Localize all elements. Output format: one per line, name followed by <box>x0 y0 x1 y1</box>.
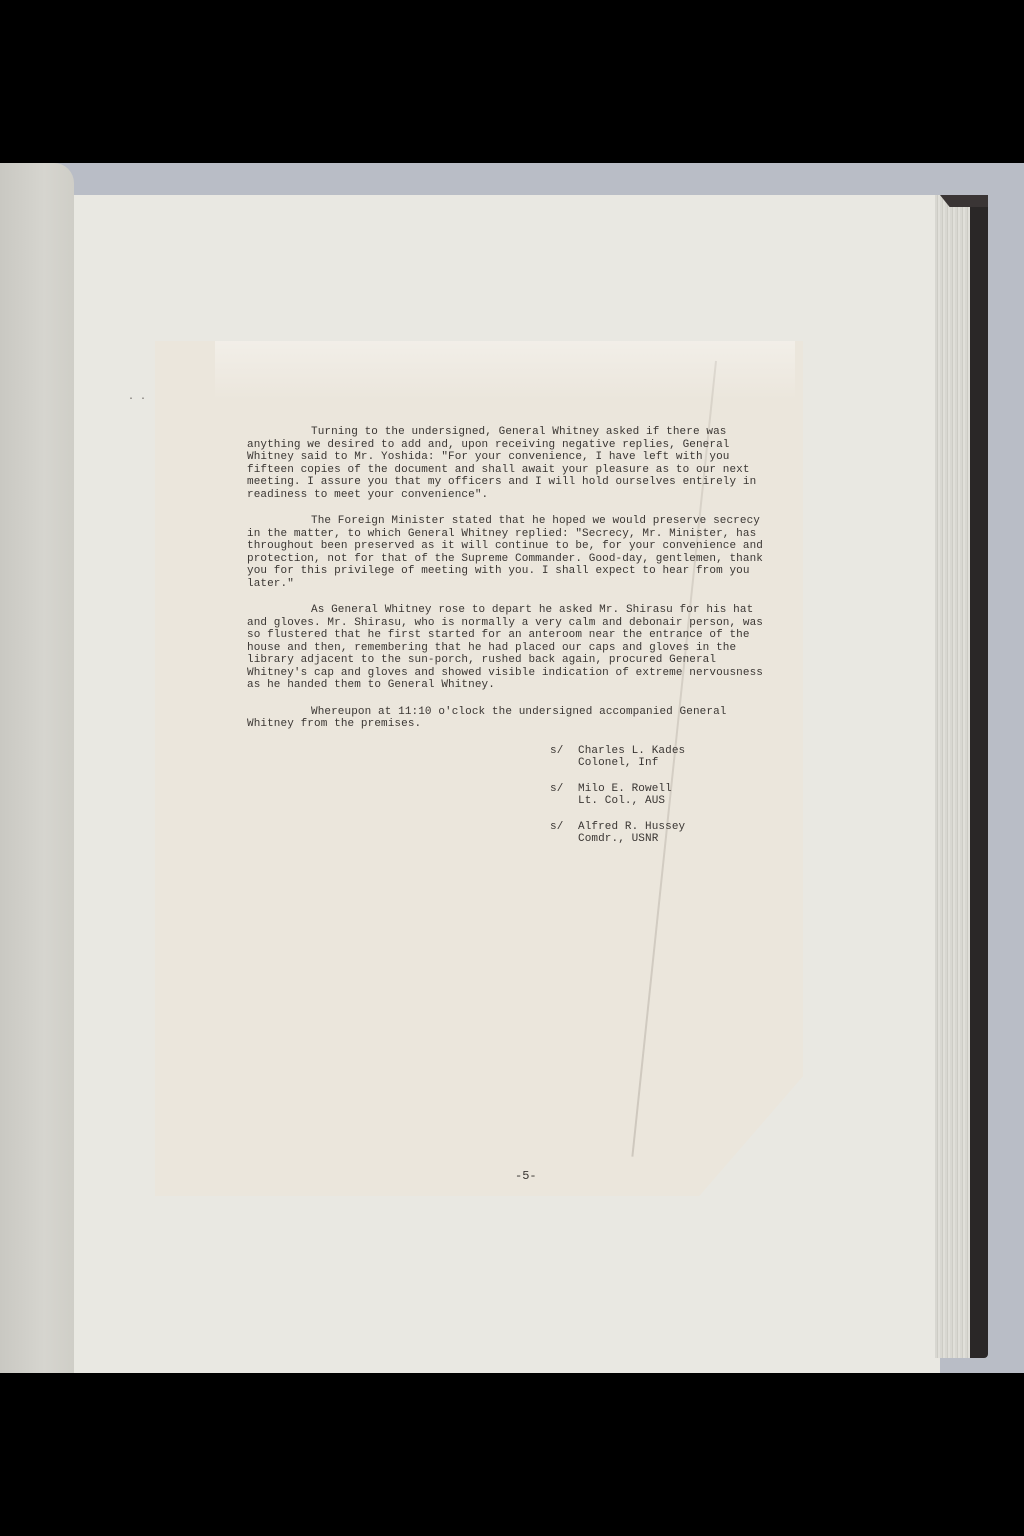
paragraph-4: Whereupon at 11:10 o'clock the undersign… <box>247 706 777 731</box>
page-edges <box>935 195 975 1358</box>
signature-mark: s/ <box>550 745 578 770</box>
typed-text: Turning to the undersigned, General Whit… <box>247 426 777 859</box>
signature-mark: s/ <box>550 783 578 808</box>
signer-name: Charles L. Kades <box>578 745 685 758</box>
signature-mark: s/ <box>550 821 578 846</box>
paragraph-1: Turning to the undersigned, General Whit… <box>247 426 777 501</box>
signer-title: Lt. Col., AUS <box>578 795 672 808</box>
signature-hussey: s/ Alfred R. Hussey Comdr., USNR <box>550 821 777 846</box>
signature-rowell: s/ Milo E. Rowell Lt. Col., AUS <box>550 783 777 808</box>
paragraph-2: The Foreign Minister stated that he hope… <box>247 515 777 590</box>
signer-name: Milo E. Rowell <box>578 783 672 796</box>
signer-title: Colonel, Inf <box>578 757 685 770</box>
top-marks: . . <box>128 392 146 403</box>
typed-document-sheet: Turning to the undersigned, General Whit… <box>155 341 803 1196</box>
left-page-curl <box>0 163 74 1373</box>
signature-kades: s/ Charles L. Kades Colonel, Inf <box>550 745 777 770</box>
book-cover <box>970 195 988 1358</box>
signature-block: s/ Charles L. Kades Colonel, Inf s/ Milo… <box>550 745 777 846</box>
page-number: -5- <box>515 1169 537 1183</box>
paragraph-3: As General Whitney rose to depart he ask… <box>247 604 777 692</box>
signer-name: Alfred R. Hussey <box>578 821 685 834</box>
signer-title: Comdr., USNR <box>578 833 685 846</box>
